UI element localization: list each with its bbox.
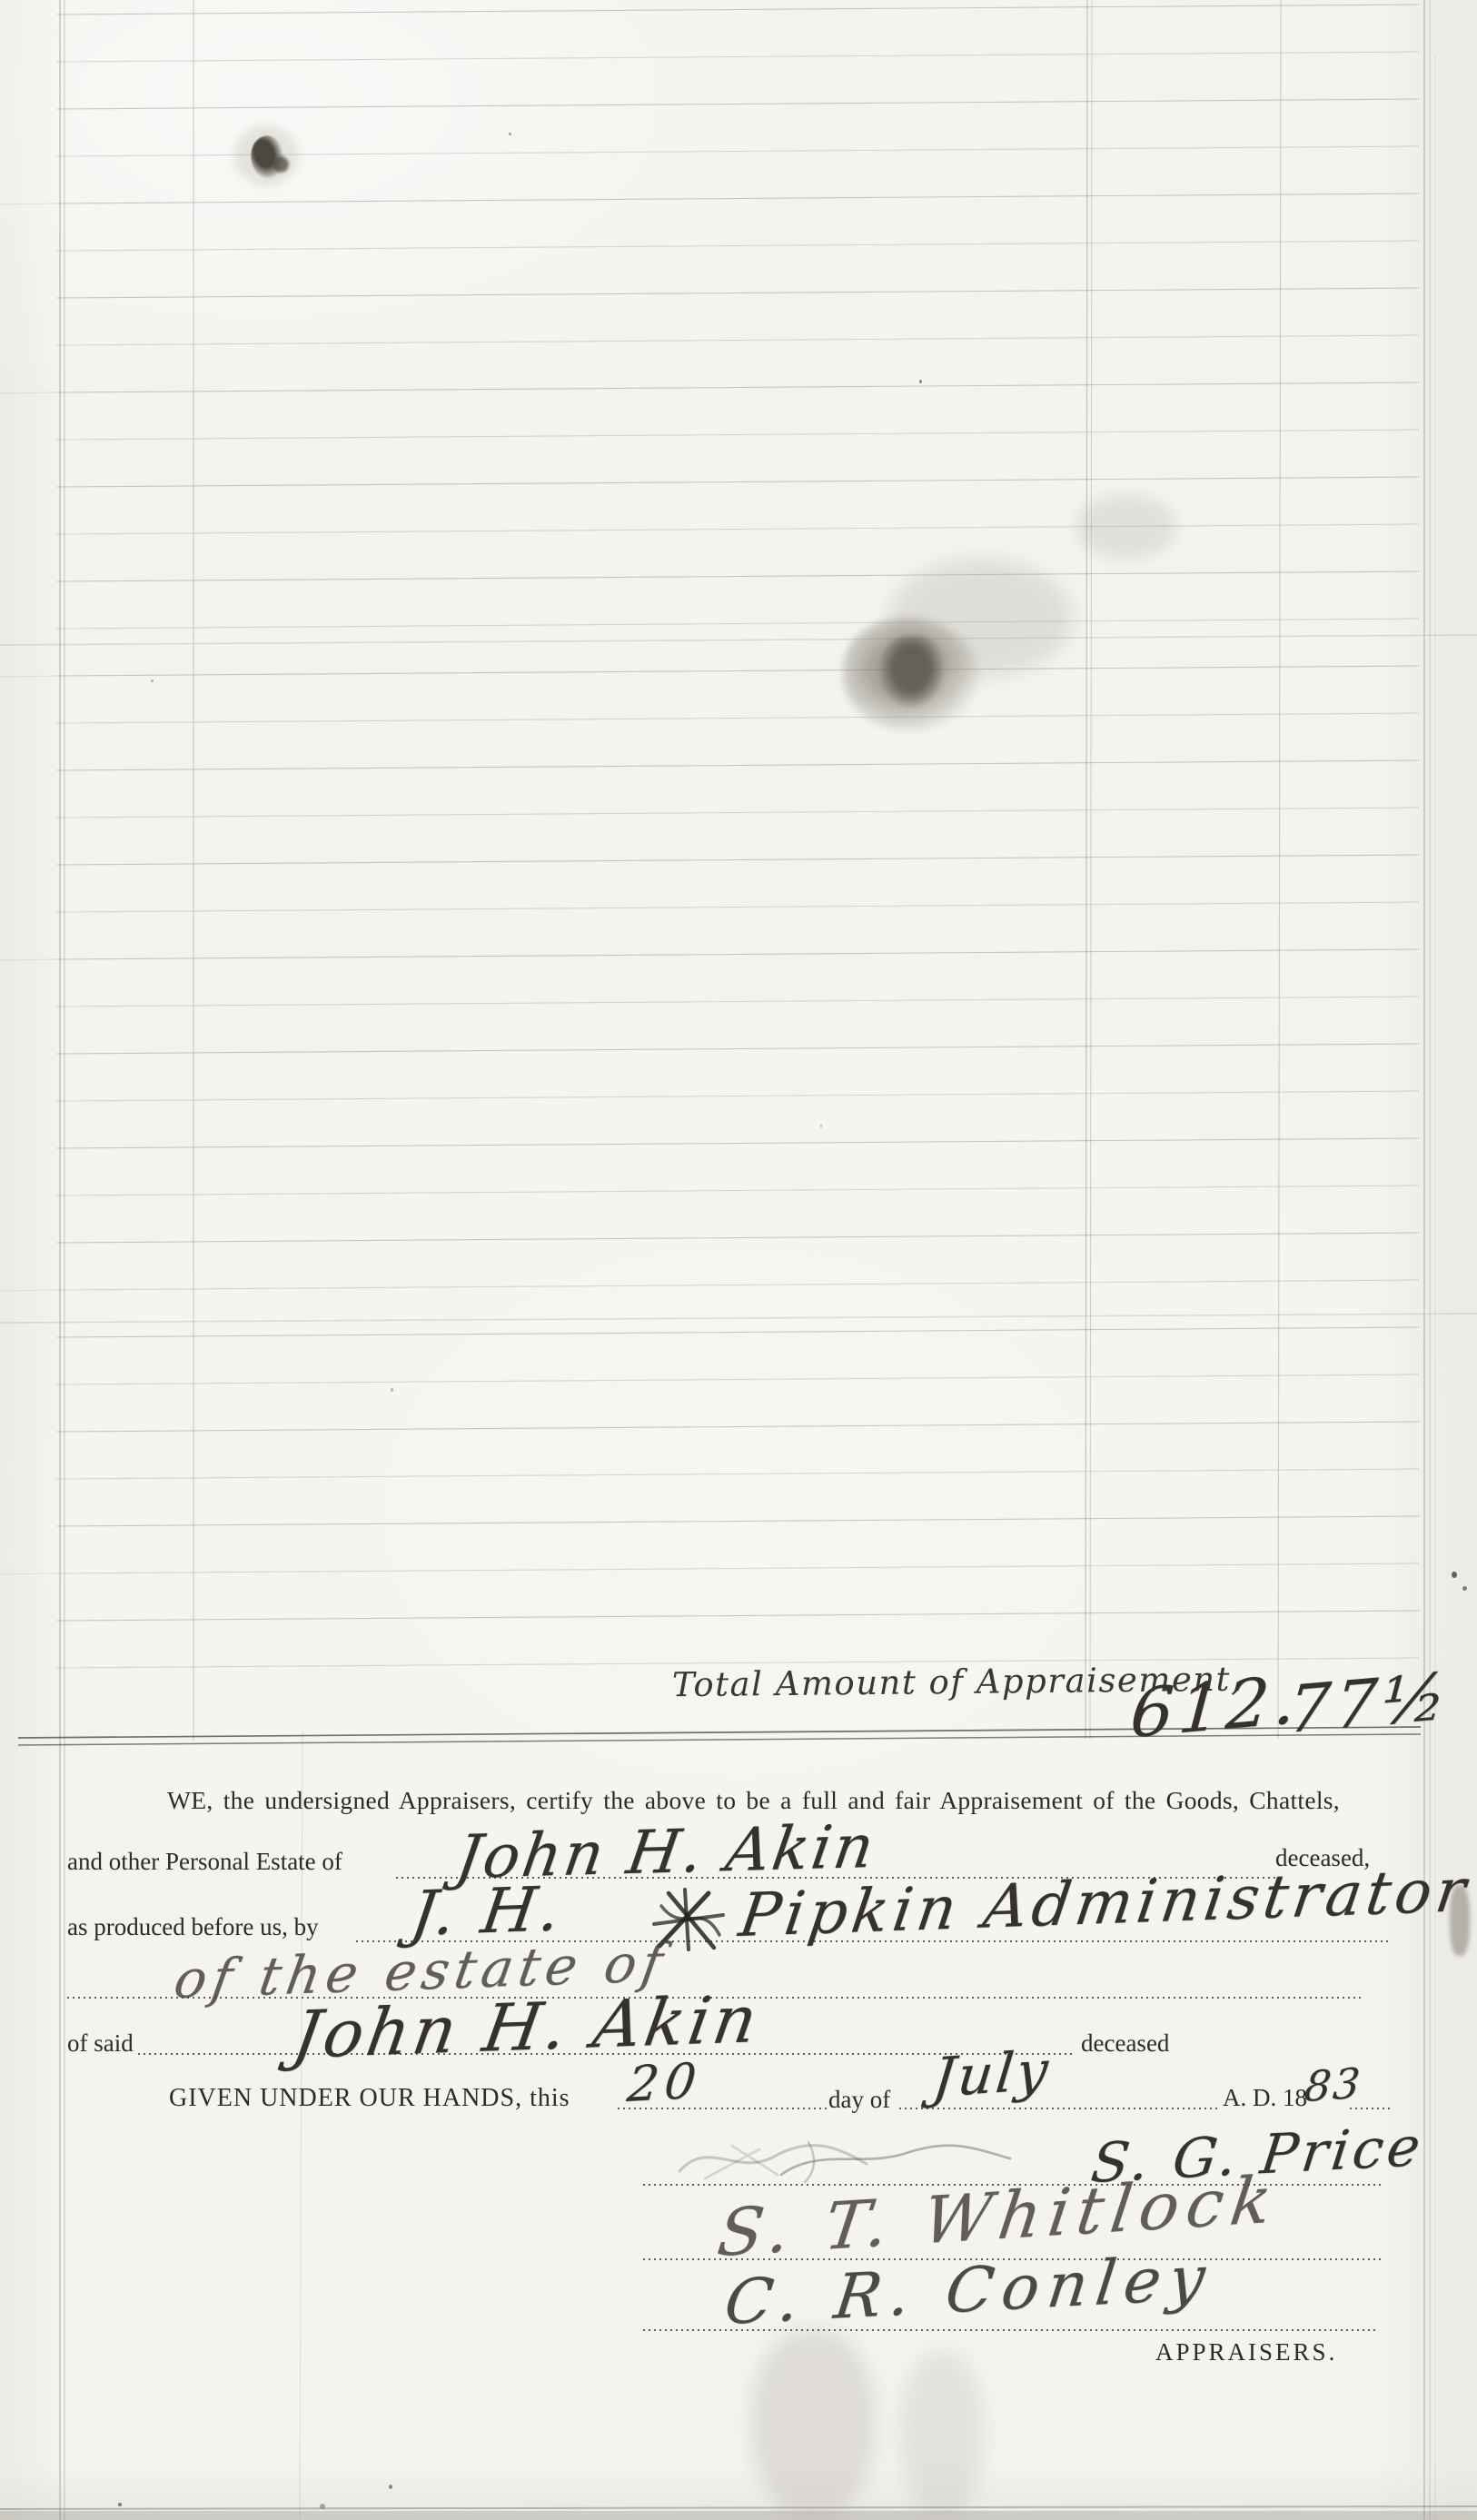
month-handwriting: July [930, 2043, 1053, 2106]
ad-year-label: A. D. 18 [1223, 2086, 1307, 2110]
year-line [1350, 2108, 1393, 2110]
certification-line1: WE, the undersigned Appraisers, certify … [167, 1788, 1340, 1813]
given-under-hands-label: GIVEN UNDER OUR HANDS, this [169, 2086, 570, 2111]
appraisers-label: APPRAISERS. [1155, 2340, 1337, 2365]
estate-prefix-label: and other Personal Estate of [67, 1850, 342, 1874]
produced-prefix-label: as produced before us, by [67, 1915, 319, 1940]
day-of-label: day of [828, 2088, 890, 2112]
appraisement-document-page: Total Amount of Appraisement, 612. 77½ W… [0, 0, 1477, 2520]
total-cents-value: 77½ [1286, 1663, 1452, 1742]
year-handwriting: 83 [1303, 2062, 1363, 2108]
of-said-label: of said [67, 2031, 134, 2056]
day-handwriting: 20 [625, 2057, 704, 2109]
total-dollars-value: 612. [1128, 1666, 1303, 1748]
deceased-label-2: deceased [1081, 2031, 1169, 2056]
